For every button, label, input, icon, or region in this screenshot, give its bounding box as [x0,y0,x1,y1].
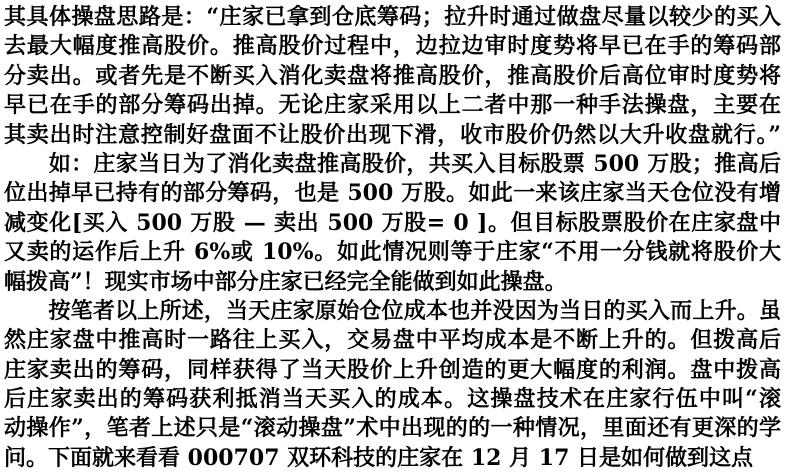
text-line: 其卖出时注意控制好盘面不让股价出现下滑，收市股价仍然以大升收盘就行。” [4,121,781,150]
text-line: 幅拨高”！现实市场中部分庄家已经完全能做到如此操盘。 [4,268,781,297]
text-line: 然庄家盘中推高时一路往上买入，交易盘中平均成本是不断上升的。但拨高后 [4,326,781,355]
text-line: 问。下面就来看看 000707 双环科技的庄家在 12 月 17 日是如何做到这… [4,444,781,473]
text-line: 如：庄家当日为了消化卖盘推高股价，共买入目标股票 500 万股；推高后高 [4,150,781,179]
text-line: 按笔者以上所述，当天庄家原始仓位成本也并没因为当日的买入而上升。虽 [4,297,781,326]
text-line: 其具体操盘思路是：“庄家已拿到仓底筹码；拉升时通过做盘尽量以较少的买入 [4,3,781,32]
text-line: 庄家卖出的筹码，同样获得了当天股价上升创造的更大幅度的利润。盘中拨高 [4,356,781,385]
text-line: 又卖的运作后上升 6%或 10%。如此情况则等于庄家“不用一分钱就将股价大 [4,238,781,267]
document-page: 其具体操盘思路是：“庄家已拿到仓底筹码；拉升时通过做盘尽量以较少的买入 去最大幅… [0,0,786,473]
text-line: 减变化[买入 500 万股 — 卖出 500 万股= 0 ]。但目标股票股价在庄… [4,209,781,238]
text-line: 位出掉早已持有的部分筹码，也是 500 万股。如此一来该庄家当天仓位没有增 [4,179,781,208]
text-line: 后庄家卖出的筹码获利抵消当天买入的成本。这操盘技术在庄家行伍中叫“滚 [4,385,781,414]
text-line: 早已在手的部分筹码出掉。无论庄家采用以上二者中那一种手法操盘，主要在 [4,91,781,120]
text-line: 动操作”，笔者上述只是“滚动操盘”术中出现的的一种情况，里面还有更深的学 [4,414,781,443]
text-line: 去最大幅度推高股价。推高股价过程中，边拉边审时度势将早已在手的筹码部 [4,32,781,61]
text-line: 分卖出。或者先是不断买入消化卖盘将推高股价，推高股价后高位审时度势将 [4,62,781,91]
